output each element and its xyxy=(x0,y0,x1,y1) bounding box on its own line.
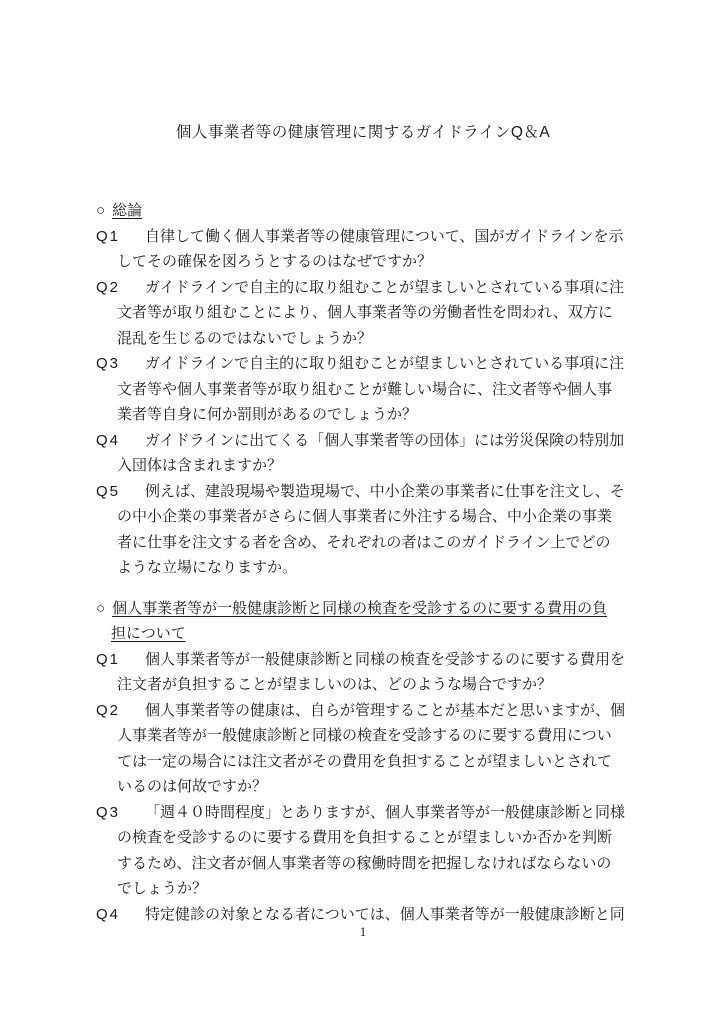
question-label: Q2 xyxy=(96,698,145,724)
question-label: Q2 xyxy=(96,275,145,301)
question-text: 個人事業者等が一般健康診断と同様の検査を受診するのに要する費用を 注文者が負担す… xyxy=(117,651,625,694)
question-text: ガイドラインで自主的に取り組むことが望ましいとされている事項に注 文者等が取り組… xyxy=(117,279,624,347)
section-health-check-costs: ○個人事業者等が一般健康診断と同様の検査を受診するのに要する費用の負 担について… xyxy=(96,596,676,928)
question-paragraph: Q4ガイドラインに出てくる「個人事業者等の団体」には労災保険の特別加 入団体は含… xyxy=(96,428,676,479)
question-text: ガイドラインに出てくる「個人事業者等の団体」には労災保険の特別加 入団体は含まれ… xyxy=(117,432,624,475)
question-label: Q1 xyxy=(96,647,145,673)
question-paragraph: Q2ガイドラインで自主的に取り組むことが望ましいとされている事項に注 文者等が取… xyxy=(96,275,676,352)
question-label: Q3 xyxy=(96,800,145,826)
question-paragraph: Q2個人事業者等の健康は、自らが管理することが基本だと思いますが、個 人事業者等… xyxy=(96,698,676,800)
question-text: 特定健診の対象となる者については、個人事業者等が一般健康診断と同 xyxy=(145,906,625,923)
question-paragraph: Q1個人事業者等が一般健康診断と同様の検査を受診するのに要する費用を 注文者が負… xyxy=(96,647,676,698)
section-heading-text: 個人事業者等が一般健康診断と同様の検査を受診するのに要する費用の負 担について xyxy=(111,600,607,643)
circle-bullet-icon: ○ xyxy=(96,202,105,219)
question-text: 「週４０時間程度」とありますが、個人事業者等が一般健康診断と同様 の検査を受診す… xyxy=(117,804,625,898)
page-number: 1 xyxy=(0,924,726,940)
question-label: Q3 xyxy=(96,351,145,377)
document-page: 個人事業者等の健康管理に関するガイドラインQ＆A ○総論 Q1自律して働く個人事… xyxy=(0,0,726,1028)
section-heading: ○総論 xyxy=(96,198,676,224)
question-text: 自律して働く個人事業者等の健康管理について、国がガイドラインを示 してその確保を… xyxy=(117,228,624,271)
question-paragraph: Q1自律して働く個人事業者等の健康管理について、国がガイドラインを示 してその確… xyxy=(96,224,676,275)
question-text: 例えば、建設現場や製造現場で、中小企業の事業者に仕事を注文し、そ の中小企業の事… xyxy=(117,483,625,577)
question-label: Q5 xyxy=(96,479,145,505)
section-general: ○総論 Q1自律して働く個人事業者等の健康管理について、国がガイドラインを示 し… xyxy=(96,198,676,581)
question-paragraph: Q3ガイドラインで自主的に取り組むことが望ましいとされている事項に注 文者等や個… xyxy=(96,351,676,428)
document-body: ○総論 Q1自律して働く個人事業者等の健康管理について、国がガイドラインを示 し… xyxy=(96,198,676,927)
section-heading: ○個人事業者等が一般健康診断と同様の検査を受診するのに要する費用の負 担について xyxy=(96,596,676,647)
question-paragraph: Q5例えば、建設現場や製造現場で、中小企業の事業者に仕事を注文し、そ の中小企業… xyxy=(96,479,676,581)
circle-bullet-icon: ○ xyxy=(96,600,105,617)
question-text: 個人事業者等の健康は、自らが管理することが基本だと思いますが、個 人事業者等が一… xyxy=(117,702,625,796)
question-text: ガイドラインで自主的に取り組むことが望ましいとされている事項に注 文者等や個人事… xyxy=(117,355,624,423)
question-paragraph: Q3「週４０時間程度」とありますが、個人事業者等が一般健康診断と同様 の検査を受… xyxy=(96,800,676,902)
document-title: 個人事業者等の健康管理に関するガイドラインQ＆A xyxy=(0,120,726,146)
question-label: Q1 xyxy=(96,224,145,250)
question-label: Q4 xyxy=(96,428,145,454)
section-heading-text: 総論 xyxy=(112,202,142,219)
